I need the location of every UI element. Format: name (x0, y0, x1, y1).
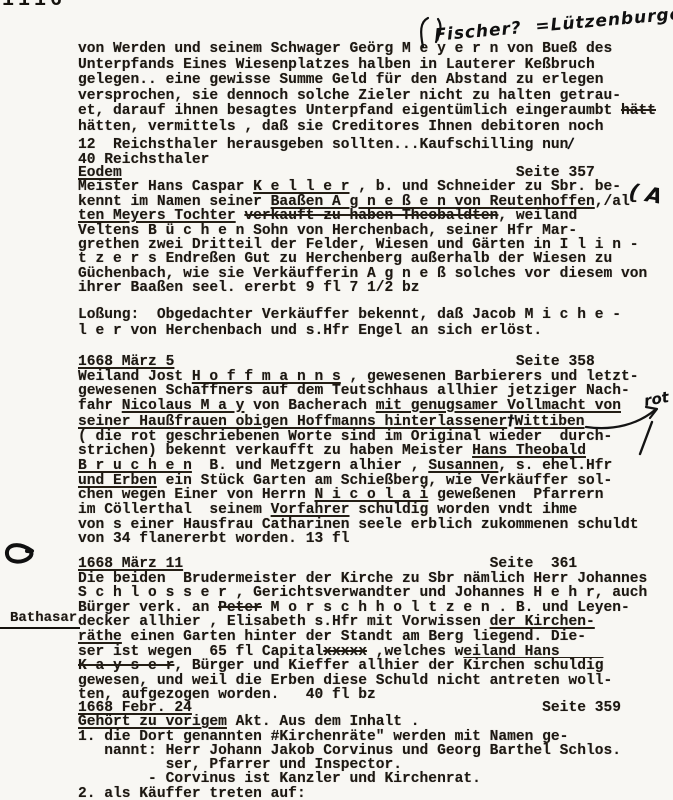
text-line: 2. als Käuffer treten auf: (78, 787, 673, 800)
text-line: et, darauf ihnen besagtes Unterpfand eig… (78, 104, 673, 120)
text-segment: K a y s e r (78, 658, 174, 674)
text-segment: Nicolaus M a y (122, 398, 245, 414)
text-line: Gehört zu vorigem Akt. Aus dem Inhalt . (78, 715, 673, 729)
text-line: S c h l o s s e r , Gerichtsverwandter u… (78, 586, 673, 601)
text-segment: versprochen, sie dennoch solche Zieler n… (78, 88, 621, 104)
text-segment: räthe (78, 629, 122, 645)
text-segment: Susannen (428, 458, 498, 474)
text-line: 1. die Dort genannten #Kirchenräte" werd… (78, 730, 673, 744)
text-line: im Cöllerthal seinem Vorfahrer schuldig … (78, 503, 673, 518)
text-line: 1668 März 11 Seite 361 (78, 557, 673, 572)
text-segment: von Bacherach (244, 398, 375, 414)
text-segment: einen Garten hinter der Standt am Berg l… (122, 629, 586, 645)
margin-note-balthasar: Bathasar (0, 610, 80, 629)
text-segment: Vorfahrer (271, 502, 350, 518)
handwritten-note-fischer: Fischer? =Lützenburger? (434, 2, 673, 45)
text-segment: Seite 361 (183, 556, 577, 572)
text-segment: decker allhier , Elisabeth s.Hfr mit Vor… (78, 614, 490, 630)
text-segment: hätten, vermittels , daß sie Creditores … (78, 119, 603, 135)
text-segment: seiner Haußfrauen obigen Hoffmanns hinte… (78, 414, 507, 430)
text-line: 12 Reichsthaler herausgeben sollten...Ka… (78, 136, 673, 154)
text-line: ( die rot geschriebenen Worte sind im Or… (78, 430, 673, 445)
text-line: B r u c h e n B. und Metzgern alhier , S… (78, 459, 673, 474)
text-line: Loßung: Obgedachter Verkäuffer bekennt, … (78, 308, 673, 324)
text-segment: hätt (621, 103, 656, 119)
text-segment: Hans Theobald (472, 443, 586, 459)
entry-seite-357: Eodem Seite 357Meister Hans Caspar K e l… (78, 166, 673, 296)
text-line: Unterpfands Eines Wiesenplatzes halben i… (78, 58, 673, 74)
text-line: t z e r s Endreßen Gut zu Herchenberg au… (78, 252, 673, 266)
scanned-document-page: 1116 von Werden und seinem Schwager Geör… (0, 0, 673, 800)
text-segment: Unterpfands Eines Wiesenplatzes halben i… (78, 57, 595, 73)
text-line: von Werden und seinem Schwager Geörg M e… (78, 42, 673, 58)
text-line: gelegen.. eine gewisse Summe Geld für de… (78, 73, 673, 89)
text-segment: von Werden und seinem Schwager Geörg M e… (78, 41, 612, 57)
text-line: fahr Nicolaus M a y von Bacherach mit ge… (78, 399, 673, 414)
text-line: ser ist wegen 65 fl Capitalxxxxx ,welche… (78, 645, 673, 660)
entry-seite-361: 1668 März 11 Seite 361Die beiden Bruderm… (78, 557, 673, 703)
entry-continuation: von Werden und seinem Schwager Geörg M e… (78, 42, 673, 169)
text-segment: Seite 358 (174, 354, 594, 370)
text-segment: et, darauf ihnen besagtes Unterpfand eig… (78, 103, 621, 119)
text-segment: / (567, 135, 574, 151)
text-line: - Corvinus ist Kanzler und Kirchenrat. (78, 772, 673, 786)
text-segment: B. und Metzgern alhier , (192, 458, 428, 474)
text-segment: 1668 März 5 (78, 354, 174, 370)
text-segment: Loßung: Obgedachter Verkäuffer bekennt, … (78, 307, 621, 323)
text-line: seiner Haußfrauen obigen Hoffmanns hinte… (78, 414, 673, 430)
text-segment: 2. als Käuffer treten auf: (78, 786, 306, 800)
text-segment: ihrer Baaßen seel. ererbt 9 fl 7 1/2 bz (78, 280, 420, 296)
text-line: Veltens B ü c h e n Sohn von Herchenbach… (78, 224, 673, 238)
entry-lossung: Loßung: Obgedachter Verkäuffer bekennt, … (78, 308, 673, 339)
text-line: ihrer Baaßen seel. ererbt 9 fl 7 1/2 bz (78, 281, 673, 295)
text-line: ten Meyers Tochter verkauft zu haben The… (78, 209, 673, 223)
text-segment: strichen) bekennt verkaufft zu haben Mei… (78, 443, 472, 459)
text-line: 1668 März 5 Seite 358 (78, 355, 673, 370)
text-line: strichen) bekennt verkaufft zu haben Mei… (78, 444, 673, 459)
text-line: räthe einen Garten hinter der Standt am … (78, 630, 673, 645)
text-line: von 34 flanererbt worden. 13 fl (78, 532, 673, 547)
text-segment: S c h l o s s e r , Gerichtsverwandter u… (78, 585, 647, 601)
text-line: chen wegen Einer von Herrn N i c o l a i… (78, 488, 673, 503)
text-segment: gewesenen Schaffners auf dem Teutschhaus… (78, 383, 630, 399)
text-segment: 12 Reichsthaler herausgeben sollten...Ka… (78, 137, 568, 153)
entry-seite-358: 1668 März 5 Seite 358Weiland Jost H o f … (78, 355, 673, 547)
text-segment: von 34 flanererbt worden. 13 fl (78, 531, 350, 547)
text-segment: Kirchen schuldig (463, 658, 603, 674)
text-line: decker allhier , Elisabeth s.Hfr mit Vor… (78, 615, 673, 630)
page-corner-number: 1116 (2, 0, 92, 12)
entry-seite-359: 1668 Febr. 24 Seite 359Gehört zu vorigem… (78, 701, 673, 800)
corner-number-text: 1116 (2, 0, 92, 12)
text-segment: der Kirchen- (490, 614, 595, 630)
text-segment: N i c o l a i (314, 487, 428, 503)
text-segment: chen wegen Einer von Herrn (78, 487, 314, 503)
text-line: hätten, vermittels , daß sie Creditores … (78, 120, 673, 136)
pen-scribble-mark (7, 545, 32, 561)
text-line: K a y s e r, Bürger und Kieffer allhier … (78, 659, 673, 674)
text-segment: l e r von Herchenbach und s.Hfr Engel an… (78, 323, 542, 339)
text-line: gewesenen Schaffners auf dem Teutschhaus… (78, 384, 673, 399)
text-segment: fahr (78, 398, 122, 414)
text-segment: , s. ehel.Hfr (498, 458, 612, 474)
text-segment: schuldig worden vndt ihme (350, 502, 578, 518)
text-line: Meister Hans Caspar K e l l e r , b. und… (78, 180, 673, 194)
text-segment: gelegen.. eine gewisse Summe Geld für de… (78, 72, 603, 88)
text-segment: im Cöllerthal seinem (78, 502, 271, 518)
text-line: l e r von Herchenbach und s.Hfr Engel an… (78, 324, 673, 340)
text-line: Die beiden Brudermeister der Kirche zu S… (78, 572, 673, 587)
text-segment: Wittiben (514, 414, 584, 430)
text-segment: B r u c h e n (78, 458, 192, 474)
text-segment: , Bürger und Kieffer allhier der (174, 658, 463, 674)
text-segment: geweßenen Pfarrern (428, 487, 603, 503)
text-segment: mit genugsamer Vollmacht von (376, 398, 621, 414)
text-segment: 1668 März 11 (78, 556, 183, 572)
